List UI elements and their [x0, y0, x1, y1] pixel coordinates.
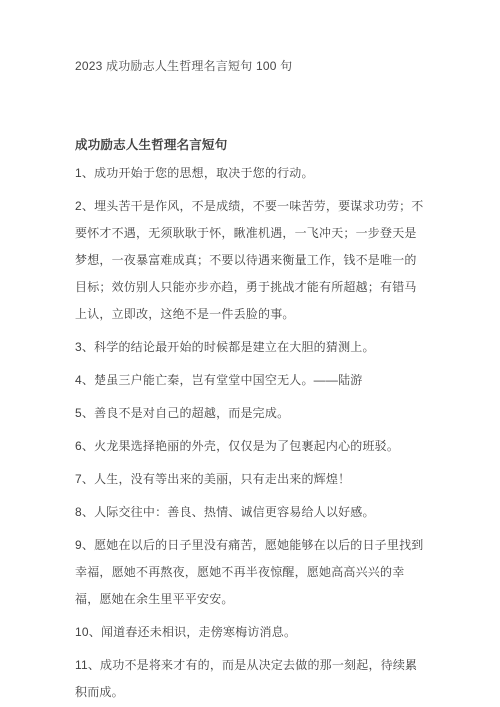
quote-item-1: 1、成功开始于您的思想，取决于您的行动。: [75, 160, 428, 187]
quote-item-4: 4、楚虽三户能亡秦，岂有堂堂中国空无人。——陆游: [75, 367, 428, 394]
quote-item-10: 10、闻道春还未相识，走傍寒梅访消息。: [75, 619, 428, 646]
quote-item-5: 5、善良不是对自己的超越，而是完成。: [75, 400, 428, 427]
document-page: 2023 成功励志人生哲理名言短句 100 句 成功励志人生哲理名言短句 1、成…: [0, 0, 500, 707]
quote-item-3: 3、科学的结论最开始的时候都是建立在大胆的猜测上。: [75, 334, 428, 361]
quote-item-9: 9、愿她在以后的日子里没有痛苦，愿她能够在以后的日子里找到幸福，愿她不再熬夜，愿…: [75, 532, 428, 613]
quote-item-11: 11、成功不是将来才有的，而是从决定去做的那一刻起，待续累积而成。: [75, 652, 428, 706]
quote-item-2: 2、埋头苦干是作风，不是成绩，不要一味苦劳，要谋求功劳；不要怀才不遇，无须耿耿于…: [75, 193, 428, 328]
quote-item-7: 7、人生，没有等出来的美丽，只有走出来的辉煌！: [75, 466, 428, 493]
quote-item-8: 8、人际交往中：善良、热情、诚信更容易给人以好感。: [75, 499, 428, 526]
section-heading: 成功励志人生哲理名言短句: [75, 136, 428, 154]
document-title: 2023 成功励志人生哲理名言短句 100 句: [75, 58, 428, 74]
quote-item-6: 6、火龙果选择艳丽的外壳，仅仅是为了包裹起内心的班驳。: [75, 433, 428, 460]
